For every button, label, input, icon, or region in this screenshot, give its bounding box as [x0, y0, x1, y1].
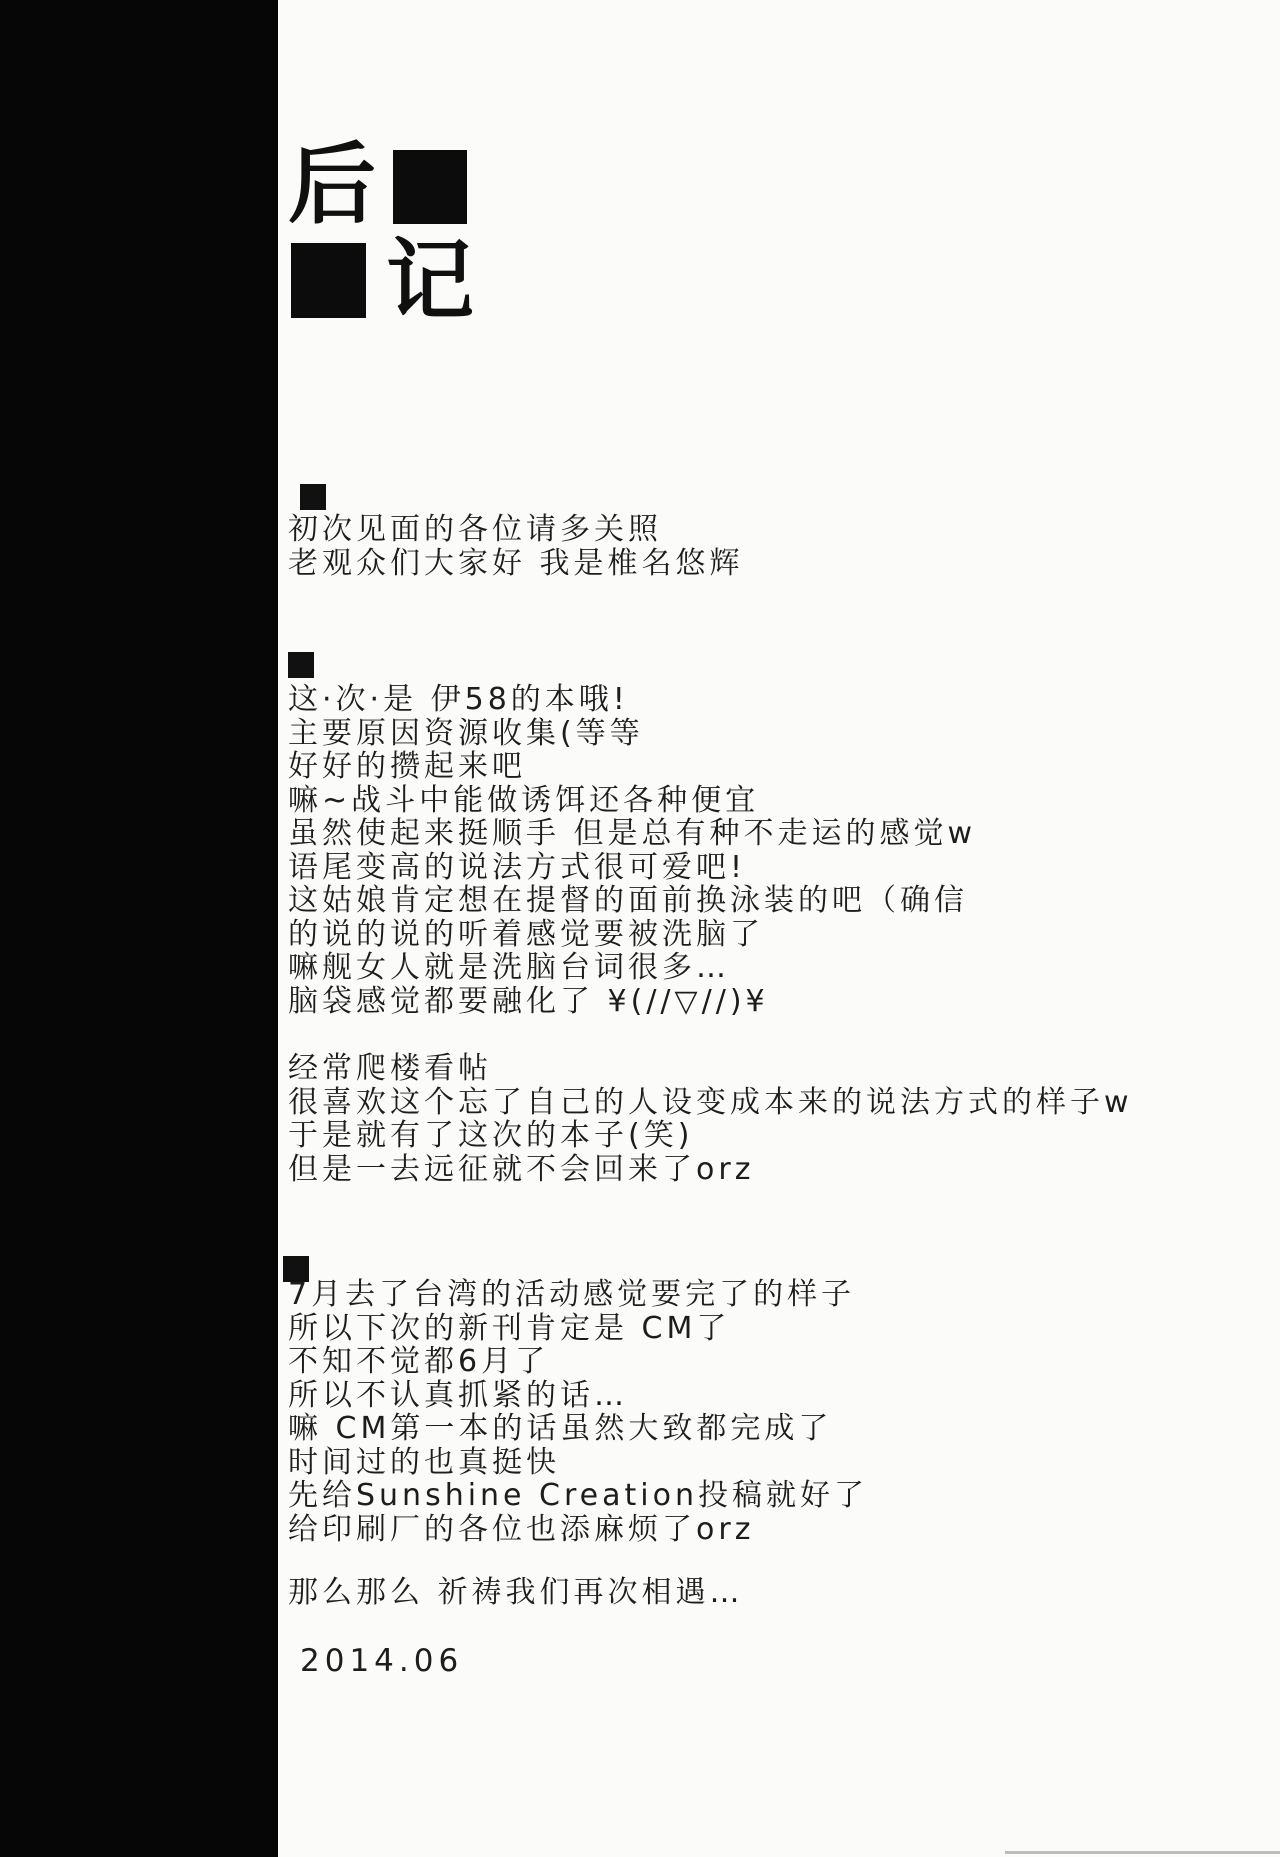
text-line: 好好的攒起来吧 [288, 750, 976, 784]
text-line: 那么那么 祈祷我们再次相遇… [288, 1576, 744, 1610]
text-line: 先给Sunshine Creation投稿就好了 [288, 1479, 868, 1513]
text-line: 不知不觉都6月了 [288, 1345, 868, 1379]
afterword-page: 后 记 初次见面的各位请多关照 老观众们大家好 我是椎名悠辉 这·次·是 伊58… [0, 0, 1280, 1857]
title-square-icon [393, 150, 467, 224]
text-line: 主要原因资源收集(等等 [288, 717, 976, 751]
paragraph-farewell: 那么那么 祈祷我们再次相遇… [288, 1576, 744, 1610]
title-char-ji: 记 [386, 236, 474, 324]
text-line: 这·次·是 伊58的本哦! [288, 683, 976, 717]
text-line: 嘛~战斗中能做诱饵还各种便宜 [288, 784, 976, 818]
text-line: 初次见面的各位请多关照 [288, 513, 744, 547]
text-line: 经常爬楼看帖 [288, 1052, 1133, 1086]
page-left-black-band [0, 0, 278, 1857]
text-line: 但是一去远征就不会回来了orz [288, 1153, 1133, 1187]
text-line: 的说的说的听着感觉要被洗脑了 [288, 918, 976, 952]
scan-edge-line [1005, 1851, 1280, 1854]
text-line: 时间过的也真挺快 [288, 1446, 868, 1480]
text-line: 脑袋感觉都要融化了 ¥(//▽//)¥ [288, 985, 976, 1019]
text-line: 嘛 CM第一本的话虽然大致都完成了 [288, 1412, 868, 1446]
date-text: 2014.06 [300, 1643, 463, 1679]
square-bullet-icon [300, 484, 326, 510]
text-line: 这姑娘肯定想在提督的面前换泳装的吧（确信 [288, 884, 976, 918]
text-line: 所以下次的新刊肯定是 CM了 [288, 1312, 868, 1346]
text-line: 老观众们大家好 我是椎名悠辉 [288, 547, 744, 581]
text-line: 所以不认真抓紧的话… [288, 1379, 868, 1413]
text-line: 7月去了台湾的活动感觉要完了的样子 [288, 1278, 868, 1312]
paragraph-forum: 经常爬楼看帖 很喜欢这个忘了自己的人设变成本来的说法方式的样子w 于是就有了这次… [288, 1052, 1133, 1186]
text-line: 于是就有了这次的本子(笑) [288, 1119, 1133, 1153]
paragraph-about-book: 这·次·是 伊58的本哦! 主要原因资源收集(等等 好好的攒起来吧 嘛~战斗中能… [288, 683, 976, 1018]
title-square-icon [291, 243, 366, 318]
text-line: 虽然使起来挺顺手 但是总有种不走运的感觉w [288, 817, 976, 851]
text-line: 很喜欢这个忘了自己的人设变成本来的说法方式的样子w [288, 1086, 1133, 1120]
paragraph-schedule: 7月去了台湾的活动感觉要完了的样子 所以下次的新刊肯定是 CM了 不知不觉都6月… [288, 1278, 868, 1546]
paragraph-greeting: 初次见面的各位请多关照 老观众们大家好 我是椎名悠辉 [288, 513, 744, 580]
text-line: 给印刷厂的各位也添麻烦了orz [288, 1513, 868, 1547]
text-line: 语尾变高的说法方式很可爱吧! [288, 851, 976, 885]
title-char-hou: 后 [288, 140, 376, 228]
square-bullet-icon [288, 652, 314, 678]
text-line: 嘛舰女人就是洗脑台词很多… [288, 951, 976, 985]
